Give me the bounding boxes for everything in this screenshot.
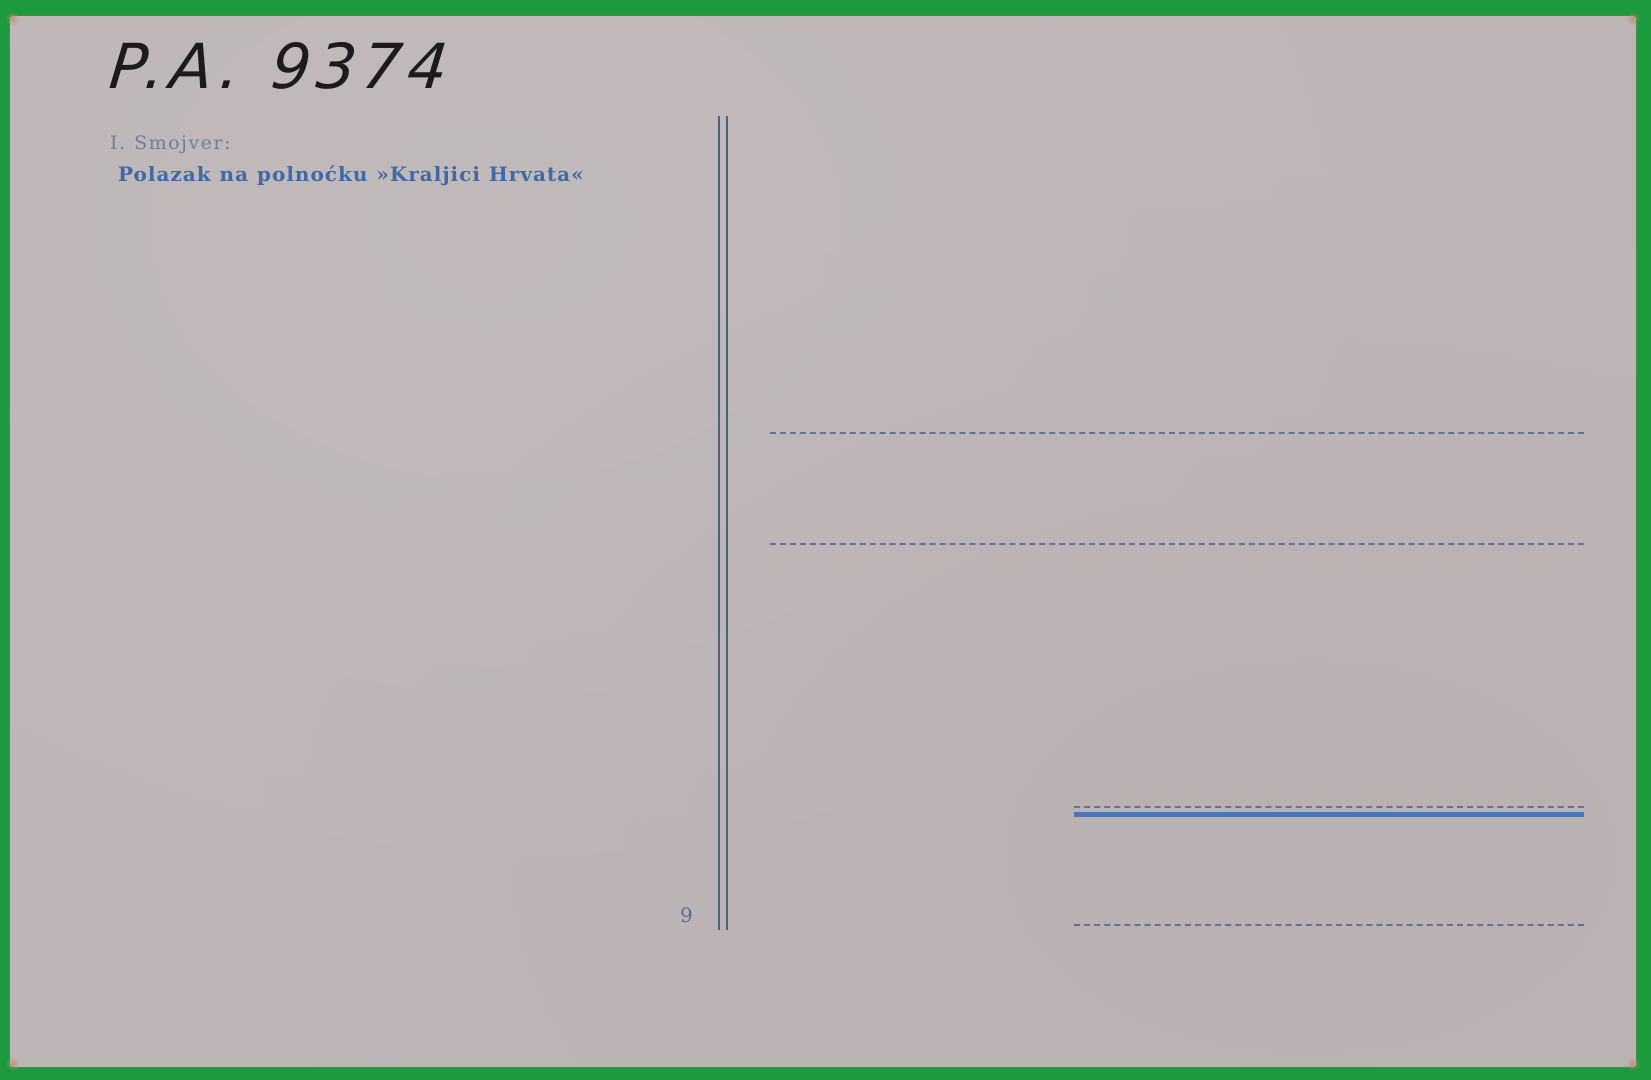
plate-number: 9 [680,903,693,927]
handwritten-archive-number: P.A. 9374 [107,36,457,98]
caption-author: I. Smojver: [110,132,232,154]
corner-wear-bottom-left [6,1057,20,1071]
corner-wear-bottom-right [1626,1057,1640,1071]
address-line-1 [770,432,1584,434]
corner-wear-top-right [1626,12,1640,26]
address-line-3-solid [1074,812,1584,817]
center-divider [718,116,728,930]
caption-title: Polazak na polnoćku »Kraljici Hrvata« [118,162,585,186]
postcard: P.A. 9374 I. Smojver: Polazak na polnoćk… [10,16,1636,1067]
address-line-2 [770,543,1584,545]
address-line-3-dashed [1074,806,1584,808]
corner-wear-top-left [6,12,20,26]
address-line-4 [1074,924,1584,926]
